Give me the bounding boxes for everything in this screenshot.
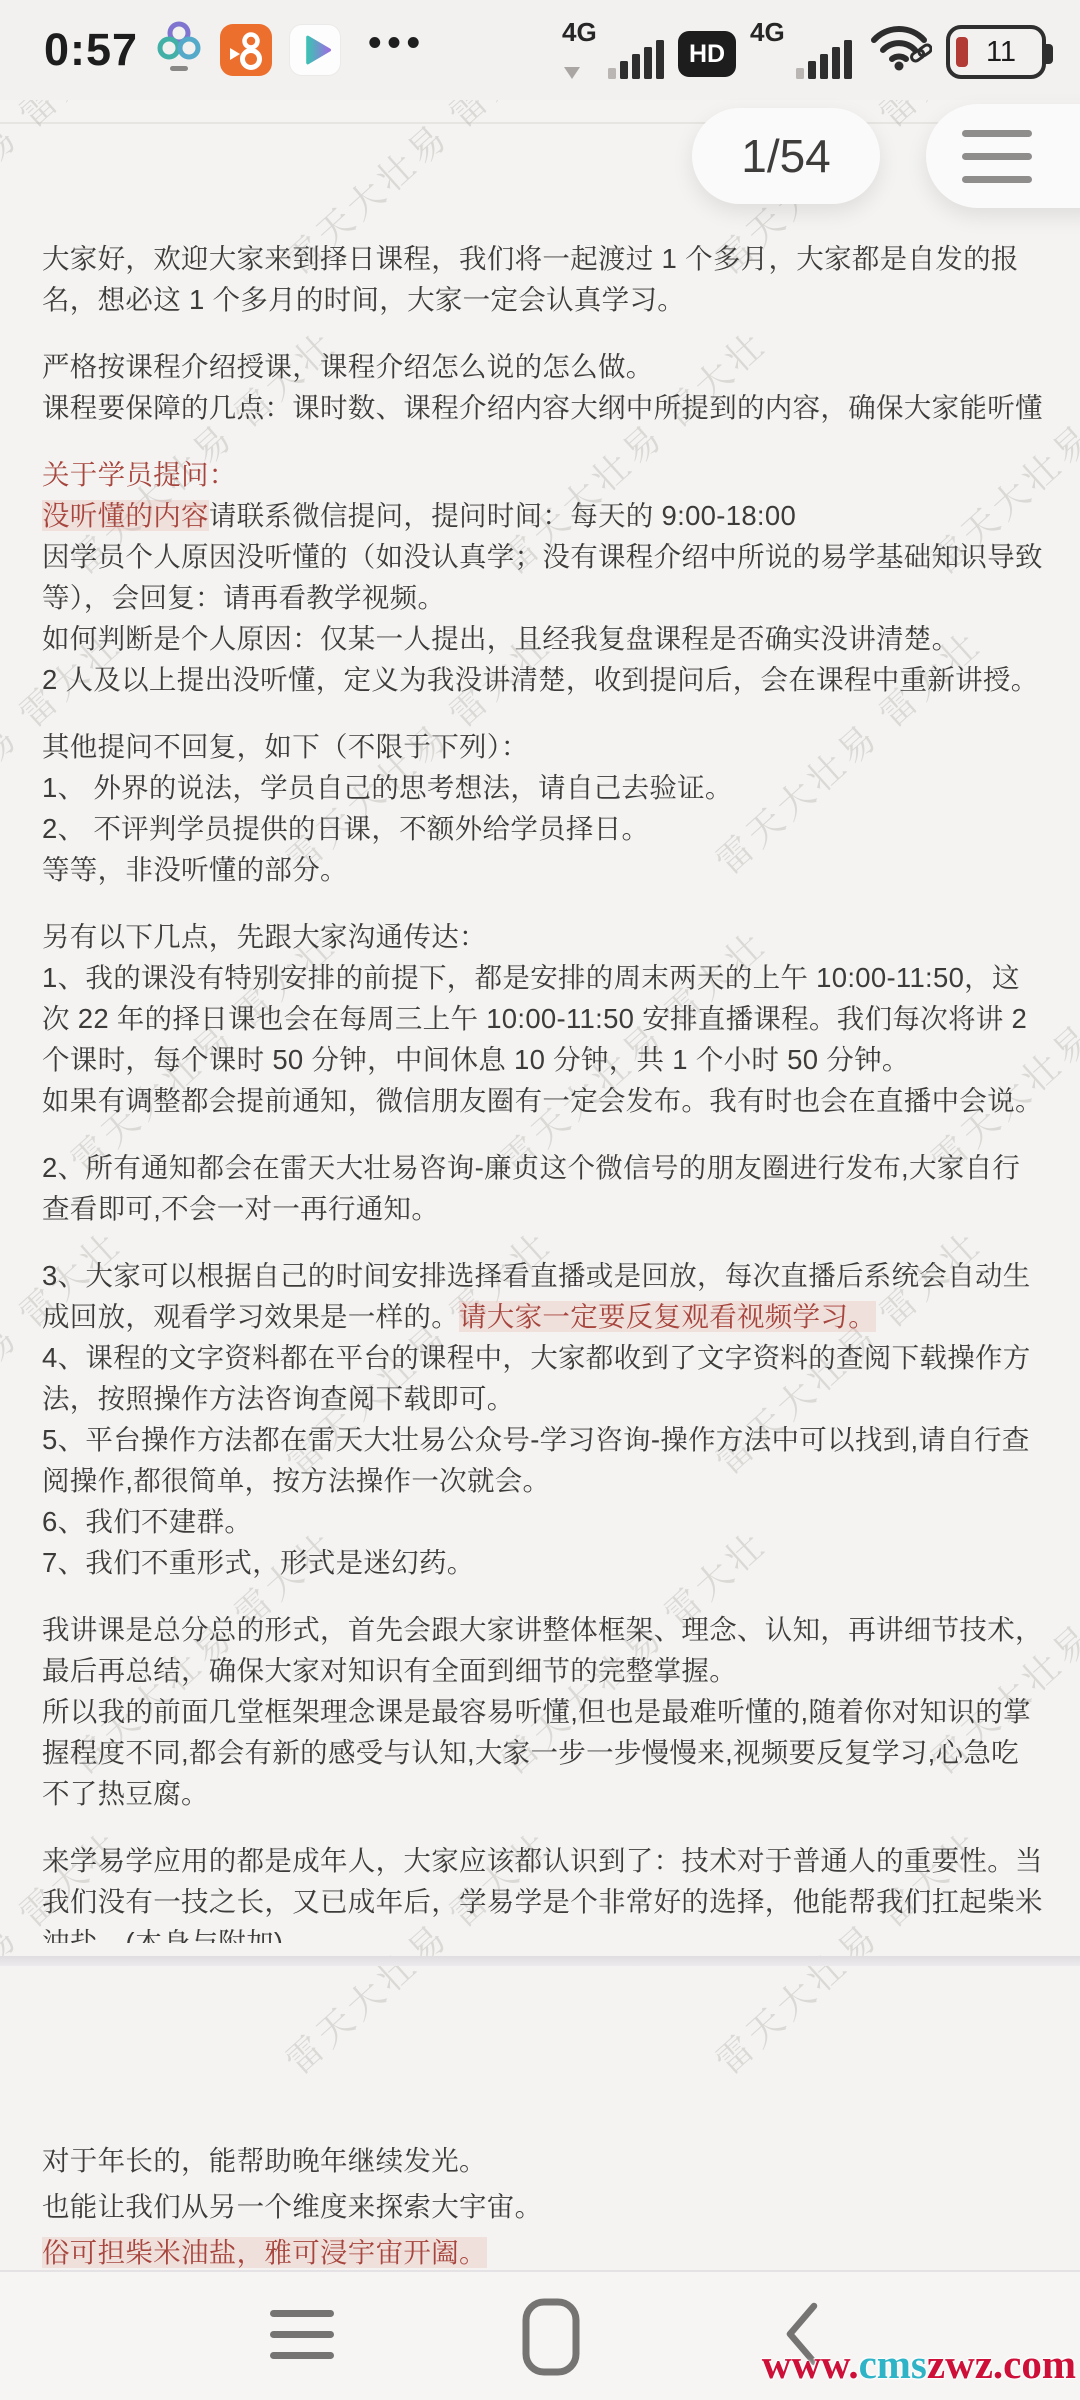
paragraph: 5、平台操作方法都在雷天大壮易公众号-学习咨询-操作方法中可以找到,请自行查阅操… bbox=[42, 1419, 1044, 1501]
document-page-1: 大家好，欢迎大家来到择日课程，我们将一起渡过 1 个多月，大家都是自发的报名，想… bbox=[42, 238, 1044, 1943]
kuaishou-app-icon bbox=[220, 24, 272, 76]
document-page-2: 对于年长的，能帮助晚年继续发光。也能让我们从另一个维度来探索大宇宙。俗可担柴米油… bbox=[42, 2138, 1044, 2276]
paragraph: 也能让我们从另一个维度来探索大宇宙。 bbox=[42, 2184, 1044, 2230]
paragraph: 关于学员提问： bbox=[42, 454, 1044, 495]
clock: 0:57 bbox=[44, 24, 138, 76]
paragraph: 2、所有通知都会在雷天大壮易咨询-廉贞这个微信号的朋友圈进行发布,大家自行查看即… bbox=[42, 1147, 1044, 1229]
hamburger-icon bbox=[962, 130, 1032, 137]
page-break-divider bbox=[0, 1956, 1080, 1966]
phone-screen: 0:57 bbox=[0, 0, 1080, 2400]
home-button[interactable] bbox=[520, 2296, 582, 2383]
signal-bars-icon bbox=[796, 40, 852, 79]
paragraph: 等等，非没听懂的部分。 bbox=[42, 849, 1044, 890]
signal-strength-1: 4G bbox=[562, 19, 664, 81]
trefoil-app-icon bbox=[156, 20, 202, 81]
paragraph: 6、我们不建群。 bbox=[42, 1501, 1044, 1542]
more-notifications-icon: ••• bbox=[368, 22, 426, 65]
paragraph: 2、 不评判学员提供的日课，不额外给学员择日。 bbox=[42, 808, 1044, 849]
data-arrow-icon bbox=[564, 67, 580, 79]
menu-button[interactable] bbox=[926, 104, 1080, 208]
paragraph: 大家好，欢迎大家来到择日课程，我们将一起渡过 1 个多月，大家都是自发的报名，想… bbox=[42, 238, 1044, 320]
battery-indicator: 11 bbox=[946, 25, 1046, 79]
paragraph: 1、我的课没有特别安排的前提下，都是安排的周末两天的上午 10:00-11:50… bbox=[42, 957, 1044, 1080]
paragraph: 我讲课是总分总的形式，首先会跟大家讲整体框架、理念、认知，再讲细节技术，最后再总… bbox=[42, 1609, 1044, 1691]
paragraph: 2 人及以上提出没听懂，定义为我没讲清楚，收到提问后，会在课程中重新讲授。 bbox=[42, 659, 1044, 700]
site-watermark: www.cmszwz.com bbox=[762, 2340, 1076, 2388]
video-player-app-icon bbox=[290, 25, 340, 75]
hd-volte-badge: HD bbox=[678, 31, 736, 77]
wifi-icon bbox=[866, 18, 932, 79]
battery-low-fill bbox=[956, 37, 968, 67]
paragraph: 没听懂的内容请联系微信提问，提问时间：每天的 9:00-18:00 bbox=[42, 495, 1044, 536]
paragraph: 3、大家可以根据自己的时间安排选择看直播或是回放，每次直播后系统会自动生成回放，… bbox=[42, 1255, 1044, 1337]
paragraph: 1、 外界的说法，学员自己的思考想法，请自己去验证。 bbox=[42, 767, 1044, 808]
paragraph: 对于年长的，能帮助晚年继续发光。 bbox=[42, 2138, 1044, 2184]
paragraph: 课程要保障的几点：课时数、课程介绍内容大纲中所提到的内容，确保大家能听懂 bbox=[42, 387, 1044, 428]
paragraph: 因学员个人原因没听懂的（如没认真学；没有课程介绍中所说的易学基础知识导致等），会… bbox=[42, 536, 1044, 618]
recent-apps-button[interactable] bbox=[270, 2310, 334, 2359]
paragraph: 如何判断是个人原因：仅某一人提出，且经我复盘课程是否确实没讲清楚。 bbox=[42, 618, 1044, 659]
paragraph: 另有以下几点，先跟大家沟通传达： bbox=[42, 916, 1044, 957]
paragraph: 4、课程的文字资料都在平台的课程中，大家都收到了文字资料的查阅下载操作方法，按照… bbox=[42, 1337, 1044, 1419]
signal-bars-icon bbox=[608, 40, 664, 79]
paragraph: 严格按课程介绍授课，课程介绍怎么说的怎么做。 bbox=[42, 346, 1044, 387]
paragraph: 来学易学应用的都是成年人，大家应该都认识到了：技术对于普通人的重要性。当我们没有… bbox=[42, 1840, 1044, 1943]
paragraph: 所以我的前面几堂框架理念课是最容易听懂,但也是最难听懂的,随着你对知识的掌握程度… bbox=[42, 1691, 1044, 1814]
status-bar: 0:57 bbox=[0, 0, 1080, 100]
recent-apps-icon bbox=[270, 2310, 334, 2317]
paragraph: 俗可担柴米油盐，雅可浸宇宙开阖。 bbox=[42, 2230, 1044, 2276]
page-indicator[interactable]: 1/54 bbox=[692, 108, 880, 204]
signal-strength-2: 4G bbox=[750, 19, 852, 81]
battery-nub bbox=[1046, 44, 1053, 64]
paragraph: 如果有调整都会提前通知，微信朋友圈有一定会发布。我有时也会在直播中会说。 bbox=[42, 1080, 1044, 1121]
paragraph: 7、我们不重形式，形式是迷幻药。 bbox=[42, 1542, 1044, 1583]
paragraph: 其他提问不回复，如下（不限于下列）： bbox=[42, 726, 1044, 767]
document-viewer: 雷天大壮易 雷大壮雷天大壮易 雷大壮雷天大壮易 雷大壮雷天大壮易 雷大壮雷天大壮… bbox=[0, 100, 1080, 2270]
home-icon bbox=[520, 2296, 582, 2378]
